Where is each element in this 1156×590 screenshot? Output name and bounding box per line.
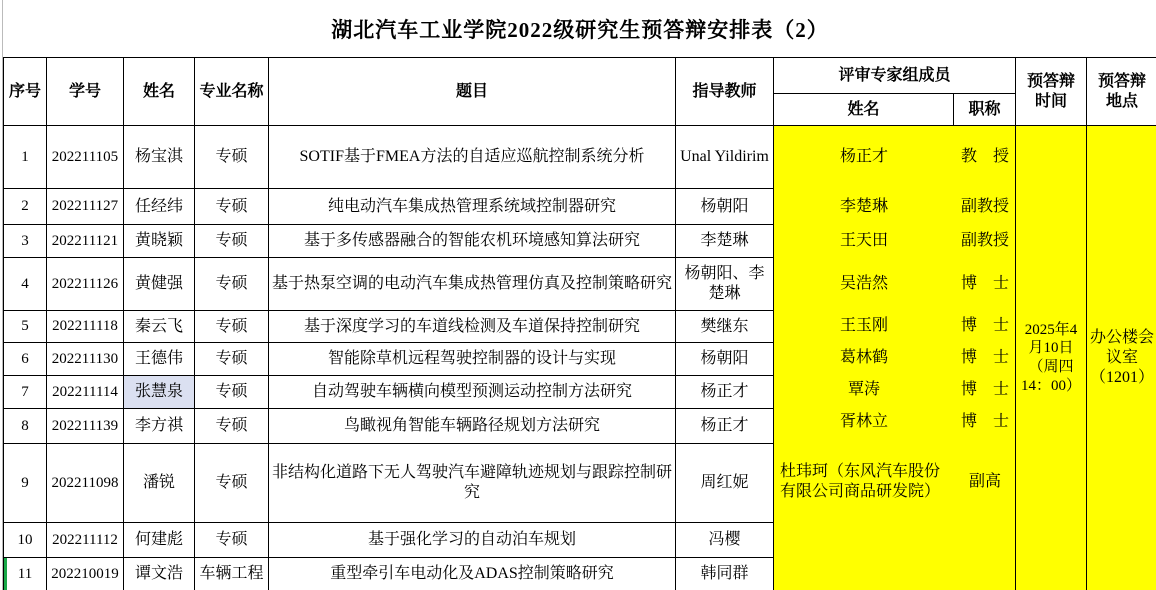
header-expert-title[interactable]: 职称 [954,94,1016,126]
cell-name[interactable]: 黄晓颖 [124,225,195,258]
header-topic[interactable]: 题目 [269,58,676,126]
expert-entry: 杨正才 教 授 [774,147,1016,167]
expert-entry: 王玉刚 博 士 [774,316,1016,336]
cell-advisor[interactable]: 杨朝阳 [676,189,774,225]
cell-name[interactable]: 秦云飞 [124,311,195,343]
expert-title: 副高 [954,472,1016,492]
cell-advisor[interactable]: 李楚琳 [676,225,774,258]
expert-name: 杨正才 [774,147,954,167]
header-expert-name[interactable]: 姓名 [774,94,954,126]
expert-title: 副教授 [954,231,1016,251]
cell-topic[interactable]: 基于热泵空调的电动汽车集成热管理仿真及控制策略研究 [269,258,676,311]
cell-topic[interactable]: 非结构化道路下无人驾驶汽车避障轨迹规划与跟踪控制研究 [269,444,676,523]
cell-topic[interactable]: 自动驾驶车辆横向模型预测运动控制方法研究 [269,376,676,409]
expert-name: 王玉刚 [774,316,954,336]
header-seq[interactable]: 序号 [4,58,47,126]
expert-entry: 李楚琳 副教授 [774,197,1016,217]
cell-name[interactable]: 谭文浩 [124,558,195,590]
header-student-id[interactable]: 学号 [47,58,124,126]
cell-topic[interactable]: 鸟瞰视角智能车辆路径规划方法研究 [269,409,676,444]
cell-major[interactable]: 专硕 [195,311,269,343]
cell-student-id[interactable]: 202211118 [47,311,124,343]
expert-entry: 胥林立 博 士 [774,412,1016,432]
table-row: 1 202211105 杨宝淇 专硕 SOTIF基于FMEA方法的自适应巡航控制… [4,126,1156,189]
cell-seq[interactable]: 11 [4,558,47,590]
cell-student-id[interactable]: 202211130 [47,343,124,376]
cell-major[interactable]: 专硕 [195,225,269,258]
cell-advisor[interactable]: 杨朝阳、李楚琳 [676,258,774,311]
cell-student-id[interactable]: 202211121 [47,225,124,258]
cell-advisor[interactable]: 樊继东 [676,311,774,343]
header-defense-location[interactable]: 预答辩 地点 [1087,58,1156,126]
cell-major[interactable]: 专硕 [195,376,269,409]
cell-major[interactable]: 专硕 [195,258,269,311]
cell-name[interactable]: 任经纬 [124,189,195,225]
header-expert-group[interactable]: 评审专家组成员 [774,58,1016,94]
cell-advisor[interactable]: 韩同群 [676,558,774,590]
header-name[interactable]: 姓名 [124,58,195,126]
cell-major[interactable]: 专硕 [195,343,269,376]
cell-name[interactable]: 何建彪 [124,523,195,558]
cell-name[interactable]: 黄健强 [124,258,195,311]
expert-entry: 覃涛 博 士 [774,380,1016,400]
expert-title: 博 士 [954,316,1016,336]
header-defense-time[interactable]: 预答辩 时间 [1016,58,1087,126]
cell-topic[interactable]: 基于强化学习的自动泊车规划 [269,523,676,558]
cell-topic[interactable]: 纯电动汽车集成热管理系统域控制器研究 [269,189,676,225]
cell-student-id[interactable]: 202211139 [47,409,124,444]
expert-title: 教 授 [954,147,1016,167]
cell-student-id[interactable]: 202211126 [47,258,124,311]
cell-topic[interactable]: 重型牵引车电动化及ADAS控制策略研究 [269,558,676,590]
cell-major[interactable]: 专硕 [195,126,269,189]
cell-advisor[interactable]: 冯樱 [676,523,774,558]
cell-topic[interactable]: 基于深度学习的车道线检测及车道保持控制研究 [269,311,676,343]
defense-schedule-table: 序号 学号 姓名 专业名称 题目 指导教师 评审专家组成员 预答辩 时间 预答辩… [3,57,1156,590]
cell-seq[interactable]: 1 [4,126,47,189]
cell-major[interactable]: 专硕 [195,523,269,558]
cell-name[interactable]: 李方祺 [124,409,195,444]
cell-student-id[interactable]: 202210019 [47,558,124,590]
defense-time-cell[interactable]: 2025年4 月10日 （周四 14：00） [1016,126,1087,590]
expert-name: 吴浩然 [774,274,954,294]
expert-title: 博 士 [954,380,1016,400]
cell-major[interactable]: 专硕 [195,444,269,523]
cell-seq[interactable]: 7 [4,376,47,409]
cell-advisor[interactable]: Unal Yildirim [676,126,774,189]
page-title: 湖北汽车工业学院2022级研究生预答辩安排表（2） [3,0,1156,57]
expert-name: 覃涛 [774,380,954,400]
cell-topic[interactable]: SOTIF基于FMEA方法的自适应巡航控制系统分析 [269,126,676,189]
cell-name[interactable]: 潘锐 [124,444,195,523]
cell-major[interactable]: 专硕 [195,409,269,444]
cell-seq[interactable]: 10 [4,523,47,558]
defense-location-cell[interactable]: 办公楼会 议室 （1201） [1087,126,1156,590]
cell-name-selected[interactable]: 张慧泉 [124,376,195,409]
cell-student-id[interactable]: 202211105 [47,126,124,189]
cell-advisor[interactable]: 杨朝阳 [676,343,774,376]
cell-student-id[interactable]: 202211127 [47,189,124,225]
expert-name: 李楚琳 [774,197,954,217]
expert-entry: 吴浩然 博 士 [774,274,1016,294]
cell-seq[interactable]: 4 [4,258,47,311]
expert-name: 胥林立 [774,412,954,432]
expert-title: 博 士 [954,348,1016,368]
expert-title: 副教授 [954,197,1016,217]
cell-advisor[interactable]: 杨正才 [676,409,774,444]
cell-topic[interactable]: 智能除草机远程驾驶控制器的设计与实现 [269,343,676,376]
cell-advisor[interactable]: 周红妮 [676,444,774,523]
cell-major[interactable]: 车辆工程 [195,558,269,590]
header-major[interactable]: 专业名称 [195,58,269,126]
cell-name[interactable]: 杨宝淇 [124,126,195,189]
cell-seq[interactable]: 3 [4,225,47,258]
expert-title: 博 士 [954,412,1016,432]
cell-seq[interactable]: 5 [4,311,47,343]
cell-seq[interactable]: 2 [4,189,47,225]
expert-entry: 杜玮珂（东风汽车股份有限公司商品研发院） 副高 [774,462,1016,502]
expert-title: 博 士 [954,274,1016,294]
cell-student-id[interactable]: 202211112 [47,523,124,558]
cell-seq[interactable]: 8 [4,409,47,444]
experts-merged-cell[interactable]: 杨正才 教 授 李楚琳 副教授 王天田 副教授 吴浩然 博 士 王玉刚 博 [774,126,1016,590]
expert-name: 杜玮珂（东风汽车股份有限公司商品研发院） [774,462,954,502]
header-advisor[interactable]: 指导教师 [676,58,774,126]
expert-name: 葛林鹤 [774,348,954,368]
expert-name: 王天田 [774,231,954,251]
cell-student-id[interactable]: 202211114 [47,376,124,409]
cell-student-id[interactable]: 202211098 [47,444,124,523]
cell-topic[interactable]: 基于多传感器融合的智能农机环境感知算法研究 [269,225,676,258]
cell-seq[interactable]: 9 [4,444,47,523]
cell-advisor[interactable]: 杨正才 [676,376,774,409]
cell-name[interactable]: 王德伟 [124,343,195,376]
header-row-1: 序号 学号 姓名 专业名称 题目 指导教师 评审专家组成员 预答辩 时间 预答辩… [4,58,1156,94]
expert-entry: 葛林鹤 博 士 [774,348,1016,368]
expert-entry: 王天田 副教授 [774,231,1016,251]
cell-seq[interactable]: 6 [4,343,47,376]
spreadsheet: 湖北汽车工业学院2022级研究生预答辩安排表（2） 序号 学号 姓名 专业名称 … [2,0,1156,590]
cell-major[interactable]: 专硕 [195,189,269,225]
